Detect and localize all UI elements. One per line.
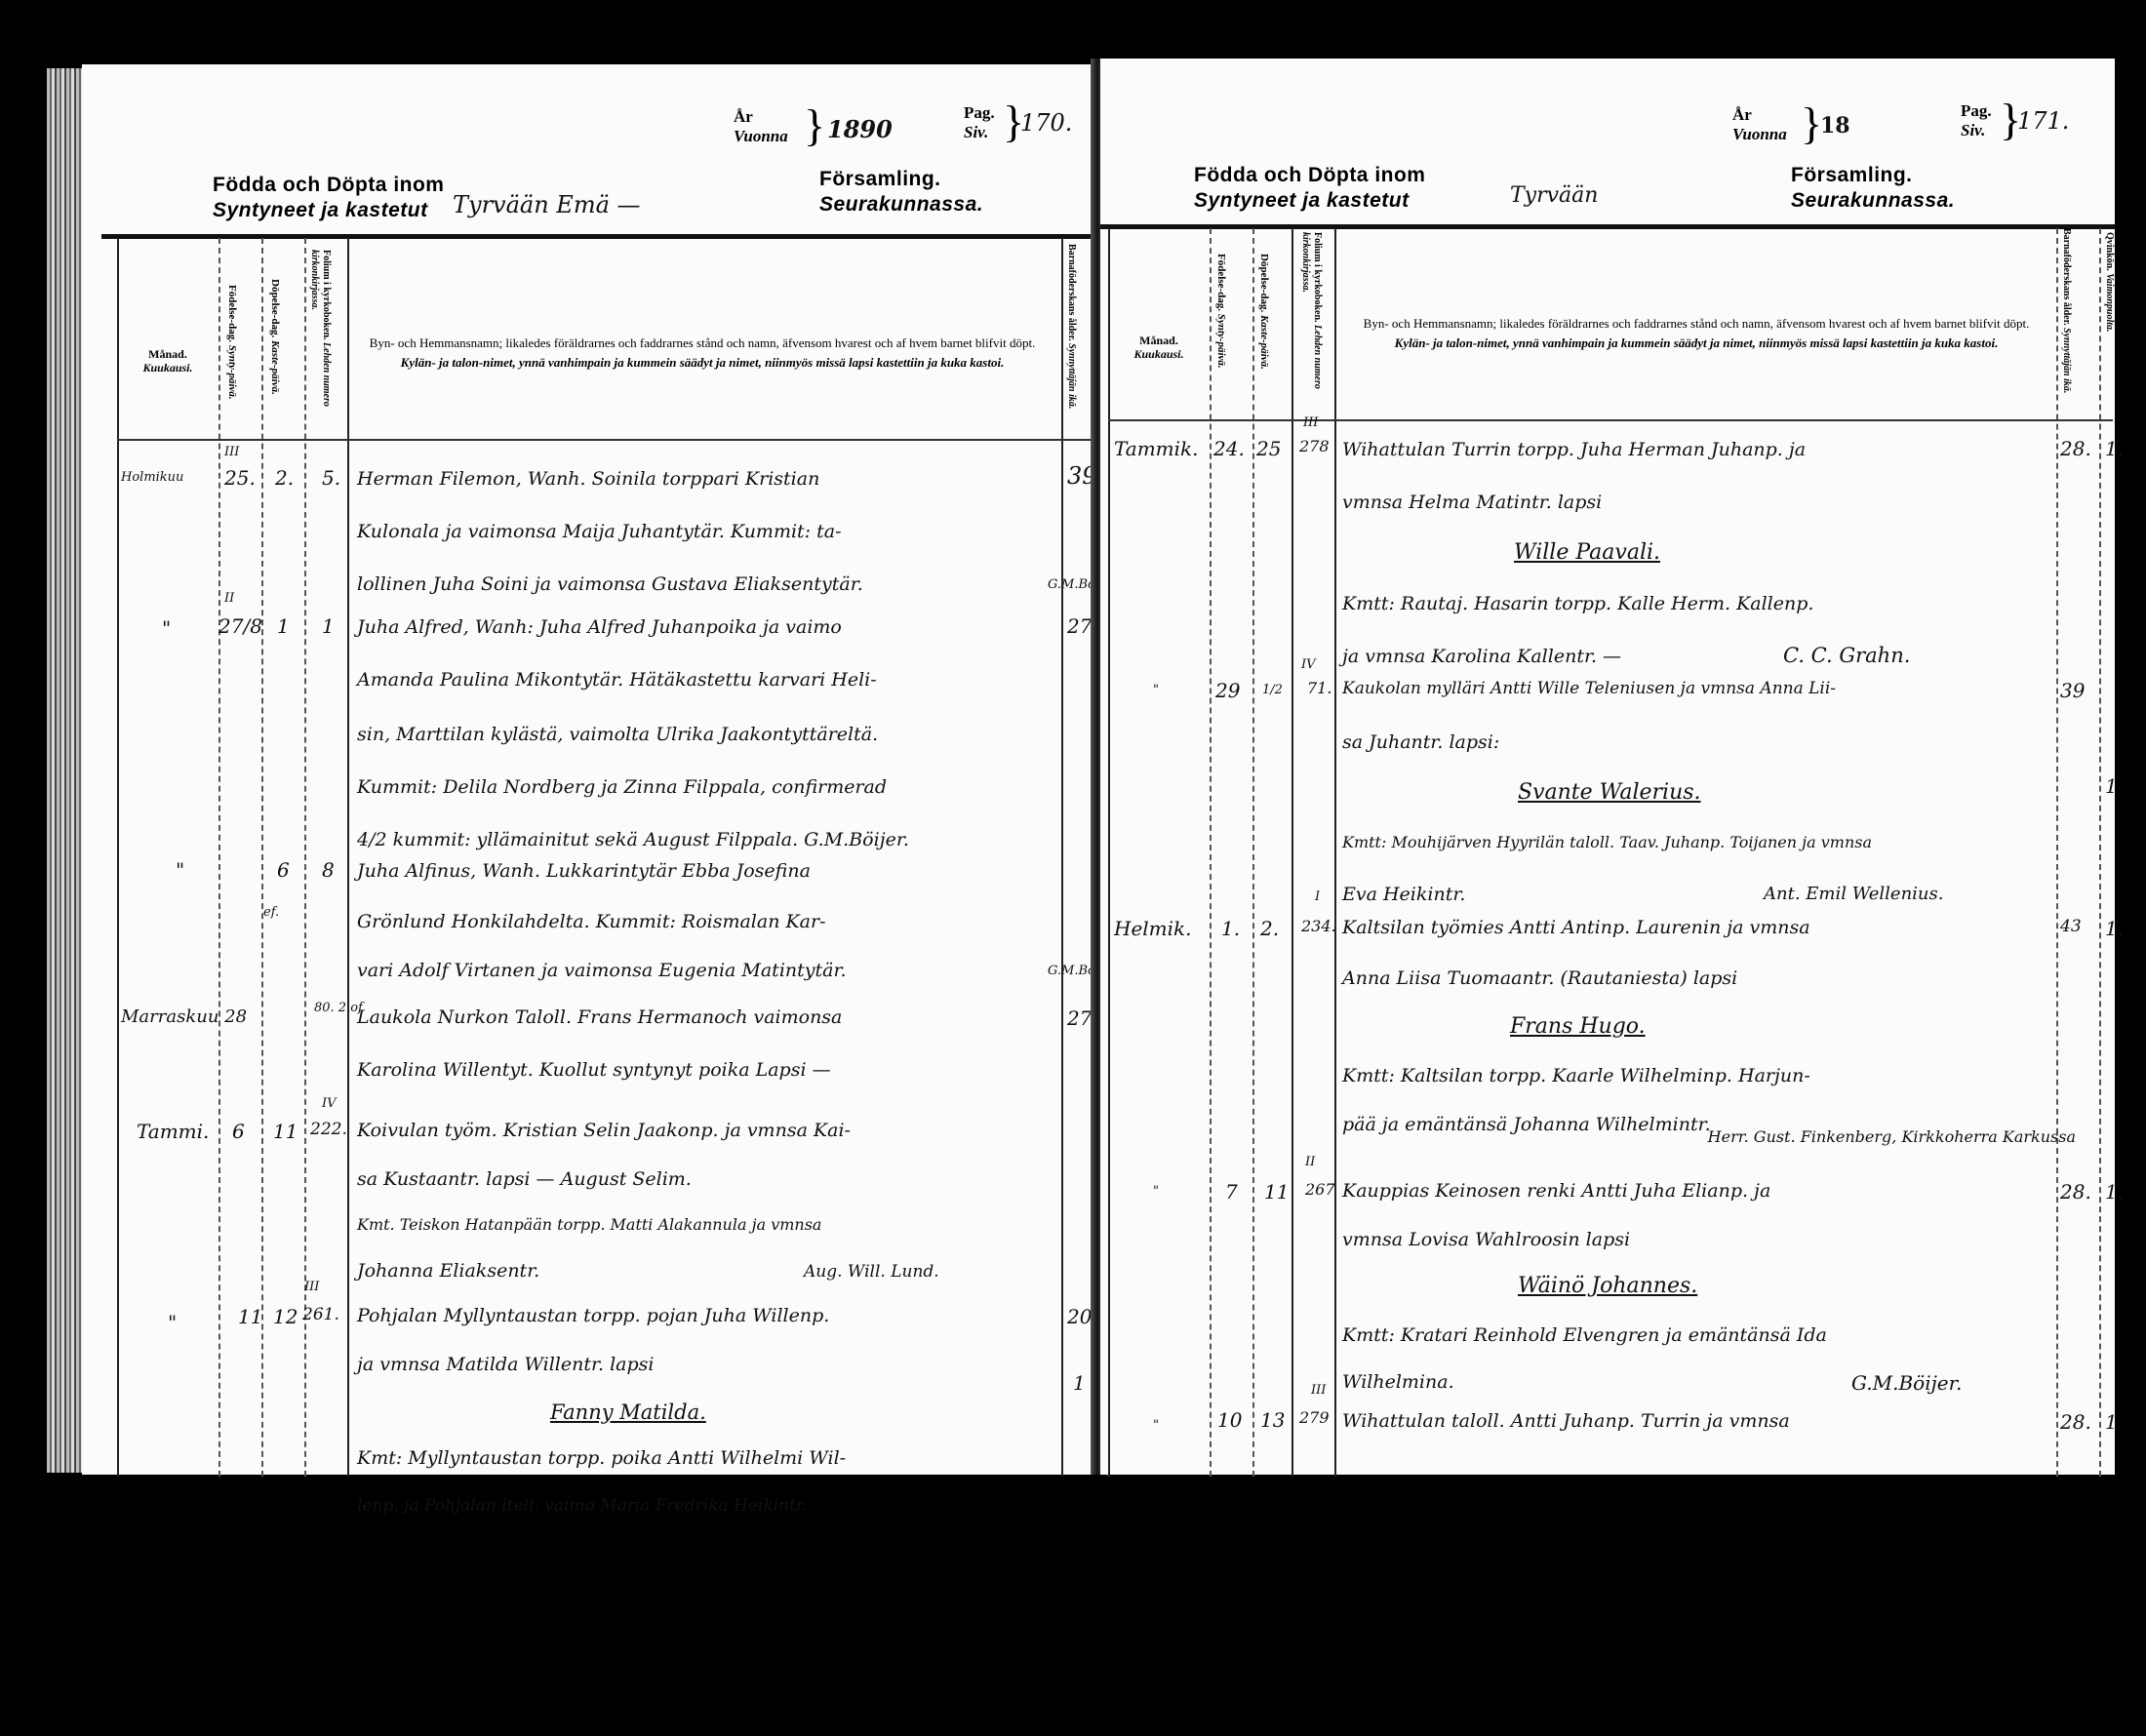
entry-text-line: Kmt. Teiskon Hatanpään torpp. Matti Alak… xyxy=(357,1215,821,1234)
entry-signature: C. C. Grahn. xyxy=(1783,644,1910,667)
entry-birth-day: 25. xyxy=(224,466,256,490)
entry-text-line: lenp. ja Pohjalan itell. vaimo Maria Fre… xyxy=(357,1496,808,1516)
entry-signature: Herr. Gust. Finkenberg, Kirkkoherra Kark… xyxy=(1705,1114,2076,1161)
child-name: Fanny Matilda. xyxy=(550,1401,706,1424)
entry-mark: III xyxy=(304,1280,319,1294)
entry-mother-age: 43 xyxy=(2060,917,2082,936)
entry-text-line: vari Adolf Virtanen ja vaimonsa Eugenia … xyxy=(357,960,847,981)
entry-male-count: 1 xyxy=(2105,1410,2118,1434)
entry-baptism-day: 2. xyxy=(1260,917,1279,940)
entry-folio: 234. xyxy=(1301,917,1336,935)
page-label: Pag. Siv. xyxy=(1961,101,1992,140)
entry-mother-age: 28. xyxy=(2060,1180,2091,1203)
entry-text-line: Pohjalan Myllyntaustan torpp. pojan Juha… xyxy=(357,1305,829,1326)
header-bottom-rule xyxy=(1108,419,2113,421)
entry-text-line: lollinen Juha Soini ja vaimonsa Gustava … xyxy=(357,573,863,595)
register-title-sv: Födda och Döpta inom xyxy=(213,174,444,197)
column-divider xyxy=(261,238,263,1477)
column-header-mother-age: Barnaföderskans ålder. Synnyttäjän ikä. xyxy=(2060,228,2072,423)
entry-month: " xyxy=(176,858,184,882)
entry-baptism-day: 11 xyxy=(273,1120,298,1143)
column-divider xyxy=(1061,238,1063,1477)
header-rule xyxy=(101,234,1094,239)
register-book-scan: År Vuonna } 1890 Pag. Siv. } 170. Födda … xyxy=(0,0,2146,1736)
entry-mark: III xyxy=(1311,1383,1326,1398)
year-value: 18 xyxy=(1820,113,1850,138)
entry-female-count: 1 xyxy=(1073,1371,1086,1395)
page-number: 170. xyxy=(1020,109,1072,137)
column-divider xyxy=(1210,228,1212,1477)
entry-text-line: Wilhelmina. xyxy=(1342,1371,1454,1393)
entry-signature: Aug. Will. Lund. xyxy=(804,1262,939,1282)
parish-label-sv: Församling. xyxy=(819,168,941,191)
left-page: År Vuonna } 1890 Pag. Siv. } 170. Födda … xyxy=(82,64,1094,1475)
entry-text-line: Herman Filemon, Wanh. Soinila torppari K… xyxy=(357,468,819,490)
entry-text-line: Kaltsilan työmies Antti Antinp. Laurenin… xyxy=(1342,917,1810,938)
column-header-baptism-day: Döpelse-dag. Kaste-päivä. xyxy=(269,279,281,425)
entry-text-line: Eva Heikintr. xyxy=(1342,884,1465,905)
column-header-description: Byn- och Hemmansnamn; likaledes föräldra… xyxy=(1350,314,2043,353)
entry-text-line: Anna Liisa Tuomaantr. (Rautaniesta) laps… xyxy=(1342,967,1737,989)
right-page: År Vuonna } 18 Pag. Siv. } 171. Födda oc… xyxy=(1100,59,2115,1475)
entry-signature: G.M.Böijer. xyxy=(1851,1371,1962,1395)
parish-name-handwritten: Tyrvään Emä — xyxy=(453,191,641,218)
child-name: Frans Hugo. xyxy=(1510,1014,1646,1039)
page-stack-edge xyxy=(47,68,86,1473)
child-name: Svante Walerius. xyxy=(1518,780,1701,805)
entry-male-count: 1. xyxy=(2105,1180,2124,1203)
entry-text-line: ja vmnsa Karolina Kallentr. — xyxy=(1342,646,1621,667)
brace: } xyxy=(804,103,825,148)
entry-folio: 222. xyxy=(310,1120,347,1139)
entry-birth-day: 11 xyxy=(238,1305,262,1328)
entry-birth-day: 7 xyxy=(1225,1180,1238,1203)
entry-text-line: pää ja emäntänsä Johanna Wilhelmintr. xyxy=(1342,1114,1711,1135)
column-divider xyxy=(219,238,220,1477)
register-title-fi: Syntyneet ja kastetut xyxy=(213,199,428,222)
entry-mark: III xyxy=(224,445,239,459)
register-title-fi: Syntyneet ja kastetut xyxy=(1194,189,1410,213)
entry-text-line: Juha Alfred, Wanh: Juha Alfred Juhanpoik… xyxy=(357,616,842,638)
year-label: År Vuonna xyxy=(734,107,788,146)
entry-month: Helmik. xyxy=(1114,917,1192,940)
entry-text-line: Johanna Eliaksentr. xyxy=(357,1260,539,1282)
column-divider xyxy=(1252,228,1254,1477)
column-header-baptism-day: Döpelse-dag. Kaste-päivä. xyxy=(1258,254,1270,400)
entry-birth-day: 6 xyxy=(232,1120,245,1143)
entry-birth-day: 24. xyxy=(1213,437,1245,460)
entry-folio: 261. xyxy=(302,1305,339,1324)
column-header-folio: Folium i kyrkoboken. Lehden numero kirko… xyxy=(308,250,332,445)
column-header-month: Månad. Kuukausi. xyxy=(1112,334,1206,361)
column-header-mother-age: Barnaföderskans ålder. Synnyttäjän ikä. xyxy=(1065,244,1077,439)
entry-text-line: Kmtt: Rautaj. Hasarin torpp. Kalle Herm.… xyxy=(1342,593,1813,614)
table-border-left xyxy=(1108,228,1110,1477)
parish-label-sv: Församling. xyxy=(1791,164,1913,187)
entry-text-line: ja vmnsa Matilda Willentr. lapsi xyxy=(357,1354,654,1375)
entry-mother-age: 28. xyxy=(2060,1410,2091,1434)
entry-text-line: sa Kustaantr. lapsi — August Selim. xyxy=(357,1168,692,1190)
page-label: Pag. Siv. xyxy=(964,103,995,142)
entry-folio: 80. 2.of xyxy=(314,1001,363,1015)
entry-month: Tammi. xyxy=(137,1120,209,1143)
entry-text-line: Grönlund Honkilahdelta. Kummit: Roismala… xyxy=(357,911,826,932)
entry-month: Tammik. xyxy=(1114,437,1199,460)
entry-text-line: Amanda Paulina Mikontytär. Hätäkastettu … xyxy=(357,669,877,690)
entry-text-line: Kmtt: Mouhijärven Hyyrilän taloll. Taav.… xyxy=(1342,833,1872,851)
entry-text-line: vmnsa Helma Matintr. lapsi xyxy=(1342,492,1602,513)
entry-text-line: sa Juhantr. lapsi: xyxy=(1342,731,1499,753)
entry-folio: 279 xyxy=(1299,1408,1330,1427)
entry-text-line: Kauppias Keinosen renki Antti Juha Elian… xyxy=(1342,1180,1770,1202)
entry-female-count: 1 xyxy=(2105,774,2118,798)
column-header-female: Qvinkön. Vaimonpuolta. xyxy=(2103,232,2115,408)
entry-text-line: Laukola Nurkon Taloll. Frans Hermanoch v… xyxy=(357,1006,842,1028)
column-divider xyxy=(347,238,349,1477)
year-value: 1890 xyxy=(827,115,893,143)
entry-mark: II xyxy=(224,591,234,606)
header-bottom-rule xyxy=(117,439,1093,441)
entry-text-line: Kummit: Delila Nordberg ja Zinna Filppal… xyxy=(357,776,887,798)
parish-name-handwritten: Tyrvään xyxy=(1510,183,1598,208)
child-name: Wille Paavali. xyxy=(1514,540,1660,565)
entry-baptism-day: 13 xyxy=(1260,1408,1285,1432)
entry-text-line: Juha Alfinus, Wanh. Lukkarintytär Ebba J… xyxy=(357,860,811,882)
column-divider xyxy=(1292,228,1293,1477)
entry-mark: IV xyxy=(1301,657,1316,672)
entry-mark: III xyxy=(1303,415,1318,430)
column-header-description: Byn- och Hemmansnamn; likaledes föräldra… xyxy=(361,334,1044,373)
entry-folio: 5. xyxy=(322,466,340,490)
entry-folio: 8 xyxy=(322,858,335,882)
entry-text-line: Kmt: Myllyntaustan torpp. poika Antti Wi… xyxy=(357,1447,846,1469)
entry-month: " xyxy=(168,1311,177,1334)
entry-baptism-day: 2. xyxy=(275,466,294,490)
entry-month: " xyxy=(162,616,171,640)
entry-text-line: Kaukolan mylläri Antti Wille Teleniusen … xyxy=(1342,679,1836,698)
entry-text-line: Kulonala ja vaimonsa Maija Juhantytär. K… xyxy=(357,521,842,542)
entry-text-line: vmnsa Lovisa Wahlroosin lapsi xyxy=(1342,1229,1630,1250)
brace: } xyxy=(1801,101,1822,146)
column-header-month: Månad. Kuukausi. xyxy=(121,347,215,375)
entry-baptism-day: 12 xyxy=(273,1305,298,1328)
column-divider xyxy=(2099,228,2101,1477)
entry-male-count: 1. xyxy=(2105,917,2124,940)
entry-month: " xyxy=(1153,1418,1159,1433)
column-header-birth-day: Födelse-dag. Synty-päivä. xyxy=(226,285,238,431)
entry-month: Marraskuu 28 xyxy=(121,1006,247,1027)
entry-text-line: 4/2 kummit: yllämainitut sekä August Fil… xyxy=(357,829,909,850)
register-title-sv: Födda och Döpta inom xyxy=(1194,164,1425,187)
entry-mother-age: 28. xyxy=(2060,437,2091,460)
entry-mother-age: 39 xyxy=(2060,679,2085,702)
column-header-birth-day: Födelse-dag. Synty-päivä. xyxy=(1215,254,1227,400)
table-border-left xyxy=(117,238,119,1477)
entry-baptism-day: 1/2 xyxy=(1262,683,1283,697)
entry-baptism-day: 25 xyxy=(1256,437,1281,460)
child-name: Wäinö Johannes. xyxy=(1518,1274,1697,1298)
page-number: 171. xyxy=(2017,107,2069,135)
year-label: År Vuonna xyxy=(1732,105,1787,144)
entry-birth-day: 10 xyxy=(1217,1408,1242,1432)
column-divider xyxy=(1334,228,1336,1477)
parish-label-fi: Seurakunnassa. xyxy=(819,193,983,217)
entry-folio: 1 xyxy=(322,614,335,638)
column-header-folio: Folium i kyrkoboken. Lehden numero kirko… xyxy=(1299,232,1323,427)
entry-text-line: Karolina Willentyt. Kuollut syntynyt poi… xyxy=(357,1059,831,1081)
entry-text-line: Wihattulan taloll. Antti Juhanp. Turrin … xyxy=(1342,1410,1790,1432)
entry-mark: II xyxy=(1305,1155,1315,1169)
entry-text-line: Kmtt: Kaltsilan torpp. Kaarle Wilhelminp… xyxy=(1342,1065,1810,1086)
entry-text-line: Koivulan työm. Kristian Selin Jaakonp. j… xyxy=(357,1120,851,1141)
entry-month: " xyxy=(1153,1184,1159,1199)
entry-month: " xyxy=(1153,683,1159,697)
entry-mark: I xyxy=(1315,889,1320,904)
parish-label-fi: Seurakunnassa. xyxy=(1791,189,1955,213)
entry-male-count: 1. xyxy=(2105,437,2124,460)
entry-baptism-day: 11 xyxy=(1264,1180,1289,1203)
entry-folio: 278 xyxy=(1299,437,1330,455)
entry-signature: Ant. Emil Wellenius. xyxy=(1764,884,1943,904)
entry-birth-day: 27/8 xyxy=(219,614,262,638)
entry-text-line: sin, Marttilan kylästä, vaimolta Ulrika … xyxy=(357,724,878,745)
entry-baptism-day: 6 xyxy=(277,858,290,882)
entry-month: Holmikuu xyxy=(121,470,183,485)
entry-text-line: Wihattulan Turrin torpp. Juha Herman Juh… xyxy=(1342,439,1806,460)
column-divider xyxy=(2056,228,2058,1477)
entry-margin-note: ef. xyxy=(263,905,279,920)
entry-birth-day: 29 xyxy=(1215,679,1240,702)
entry-folio: 71. xyxy=(1307,679,1331,697)
entry-baptism-day: 1 xyxy=(277,614,290,638)
entry-folio: 267 xyxy=(1305,1180,1335,1199)
entry-birth-day: 1. xyxy=(1221,917,1240,940)
entry-text-line: Kmtt: Kratari Reinhold Elvengren ja emän… xyxy=(1342,1324,1827,1346)
entry-mark: IV xyxy=(322,1096,337,1111)
